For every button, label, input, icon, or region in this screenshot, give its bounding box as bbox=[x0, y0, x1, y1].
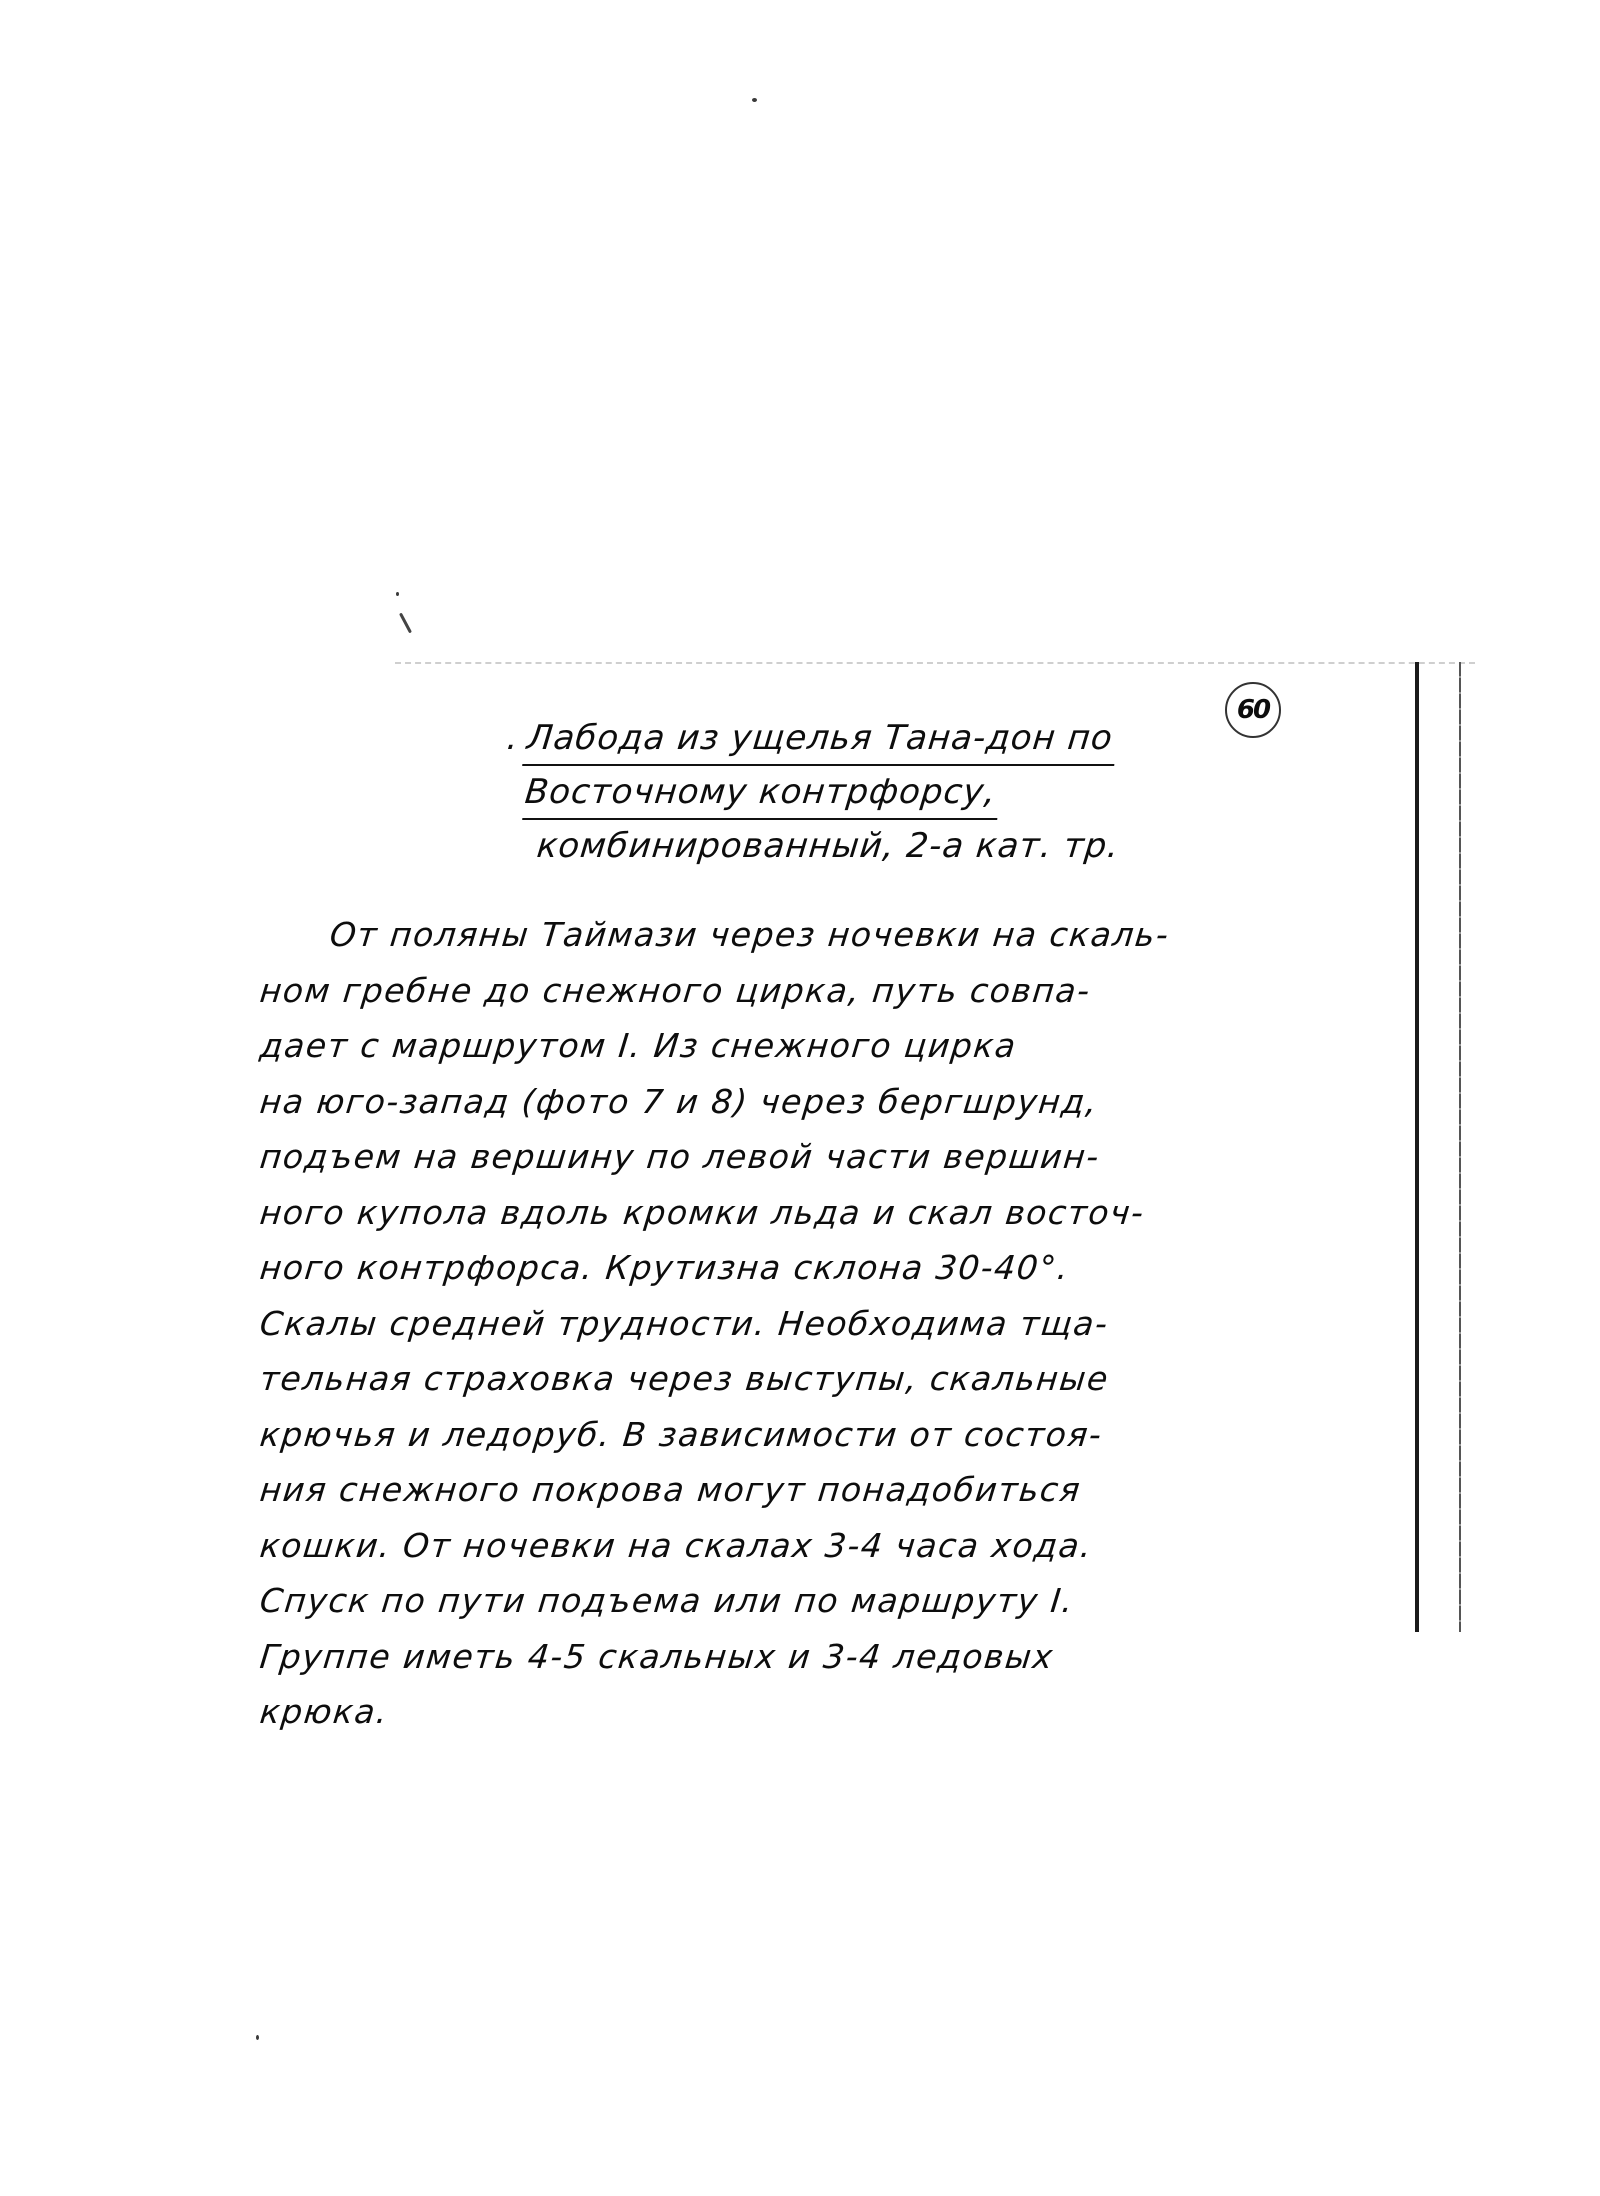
scan-speck bbox=[396, 592, 399, 596]
body-line: Группе иметь 4-5 скальных и 3-4 ледовых bbox=[257, 1629, 1403, 1685]
card-top-edge bbox=[395, 662, 1475, 664]
body-line: на юго-запад (фото 7 и 8) через бергшрун… bbox=[257, 1074, 1403, 1130]
scan-speck bbox=[256, 2035, 259, 2040]
body-line: От поляны Таймази через ночевки на скаль… bbox=[257, 907, 1403, 963]
body-line: ного купола вдоль кромки льда и скал вос… bbox=[257, 1185, 1403, 1241]
body-line: крюка. bbox=[257, 1684, 1403, 1740]
body-line: дает с маршрутом I. Из снежного цирка bbox=[257, 1018, 1403, 1074]
body-line: кошки. От ночевки на скалах 3-4 часа ход… bbox=[257, 1518, 1403, 1574]
scan-mark bbox=[399, 613, 412, 634]
title-line-2: Восточному контрфорсу, bbox=[522, 766, 1003, 820]
scan-speck bbox=[752, 98, 757, 102]
right-border-line-thin bbox=[1459, 662, 1461, 1632]
route-title: . Лабода из ущелья Тана-дон по Восточном… bbox=[525, 712, 1425, 872]
body-line: Скалы средней трудности. Необходима тща- bbox=[257, 1296, 1403, 1352]
body-line: Спуск по пути подъема или по маршруту I. bbox=[257, 1573, 1403, 1629]
body-line: тельная страховка через выступы, скальны… bbox=[257, 1351, 1403, 1407]
document-card: 60 . Лабода из ущелья Тана-дон по Восточ… bbox=[250, 662, 1420, 1642]
body-line: ния снежного покрова могут понадобиться bbox=[257, 1462, 1403, 1518]
body-line: крючья и ледоруб. В зависимости от состо… bbox=[257, 1407, 1403, 1463]
route-description: От поляны Таймази через ночевки на скаль… bbox=[260, 907, 1400, 1740]
body-line: подъем на вершину по левой части вершин- bbox=[257, 1129, 1403, 1185]
body-line: ном гребне до снежного цирка, путь совпа… bbox=[257, 963, 1403, 1019]
title-line-3: комбинированный, 2-а кат. тр. bbox=[522, 820, 1122, 872]
body-line: ного контрфорса. Крутизна склона 30-40°. bbox=[257, 1240, 1403, 1296]
title-line-1: . Лабода из ущелья Тана-дон по bbox=[522, 712, 1119, 766]
